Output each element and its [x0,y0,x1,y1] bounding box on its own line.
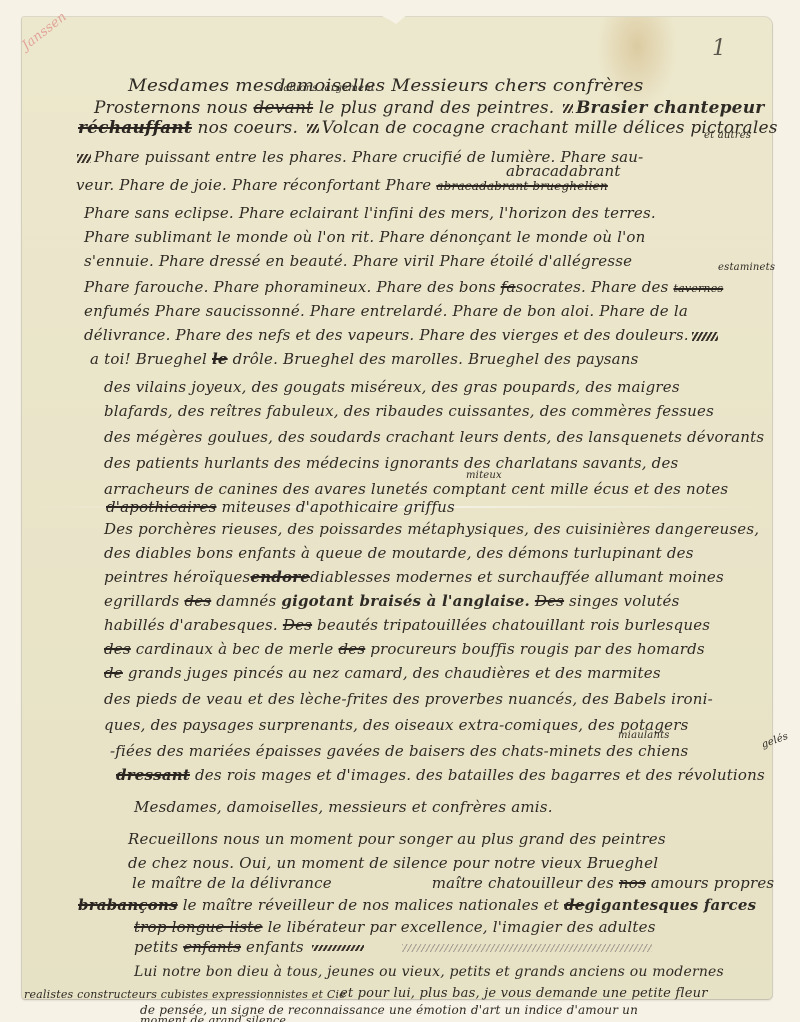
line: délivrance. Phare des nefs et des vapeur… [84,326,721,344]
insertion: miaulants [618,730,670,741]
line: blafards, des reîtres fabuleux, des riba… [104,402,714,420]
line: moment de grand silence. [140,1014,290,1022]
line: Lui notre bon dieu à tous, jeunes ou vie… [134,964,724,980]
line: a toi! Brueghel le drôle. Brueghel des m… [90,350,639,368]
line: habillés d'arabesques. Des beautés tripa… [104,616,710,634]
line: Recueillons nous un moment pour songer a… [128,830,666,848]
insertion: saluons largement [278,83,375,94]
line: de grands juges pincés au nez camard, de… [104,664,661,682]
line: peintres héroïquesendorediablesses moder… [104,568,724,586]
insertion: estaminets [718,262,775,273]
line: brabançons le maître réveilleur de nos m… [78,896,756,914]
line: réchauffant nos coeurs. Volcan de cocagn… [78,118,778,138]
line: s'ennuie. Phare dressé en beauté. Phare … [84,252,632,270]
line: egrillards des damnés gigotant braisés à… [104,592,680,610]
line: des vilains joyeux, des gougats miséreux… [104,378,680,396]
line-second-salutation: Mesdames, damoiselles, messieurs et conf… [134,798,553,816]
line: d'apothicaires miteuses d'apothicaire gr… [106,498,455,516]
line: des cardinaux à bec de merle des procure… [104,640,705,658]
line: Phare farouche. Phare phoramineux. Phare… [84,278,723,296]
page-number: 1 [712,36,726,61]
line: arracheurs de canines des avares lunetés… [104,480,728,498]
line: Phare sublimant le monde où l'on rit. Ph… [84,228,646,246]
line: Prosternons nous devant le plus grand de… [94,98,764,118]
line-salutation: Mesdames mesdemoiselles Messieurs chers … [128,76,643,96]
line: le maître de la délivrance maître chatou… [132,874,774,892]
line: dressant des rois mages et d'images. des… [116,766,765,784]
line: des patients hurlants des médecins ignor… [104,454,678,472]
line: -fiées des mariées épaisses gavées de ba… [110,742,688,760]
line: et pour lui, plus bas, je vous demande u… [340,986,708,1001]
line: veur. Phare de joie. Phare réconfortant … [76,176,608,194]
line: enfumés Phare saucissonné. Phare entrela… [84,302,688,320]
line: des diables bons enfants à queue de mout… [104,544,694,562]
line: Phare sans eclipse. Phare eclairant l'in… [84,204,656,222]
line: de chez nous. Oui, un moment de silence … [128,854,658,872]
line: des pieds de veau et des lèche-frites de… [104,690,713,708]
line: des mégères goulues, des soudards cracha… [104,428,764,446]
line: trop longue liste le libérateur par exce… [134,918,656,936]
line: Des porchères rieuses, des poissardes mé… [104,520,759,538]
line: ques, des paysages surprenants, des oise… [104,716,688,734]
line: petits enfants enfants [134,938,655,956]
margin-insertion: realistes constructeurs cubistes express… [24,988,346,1001]
